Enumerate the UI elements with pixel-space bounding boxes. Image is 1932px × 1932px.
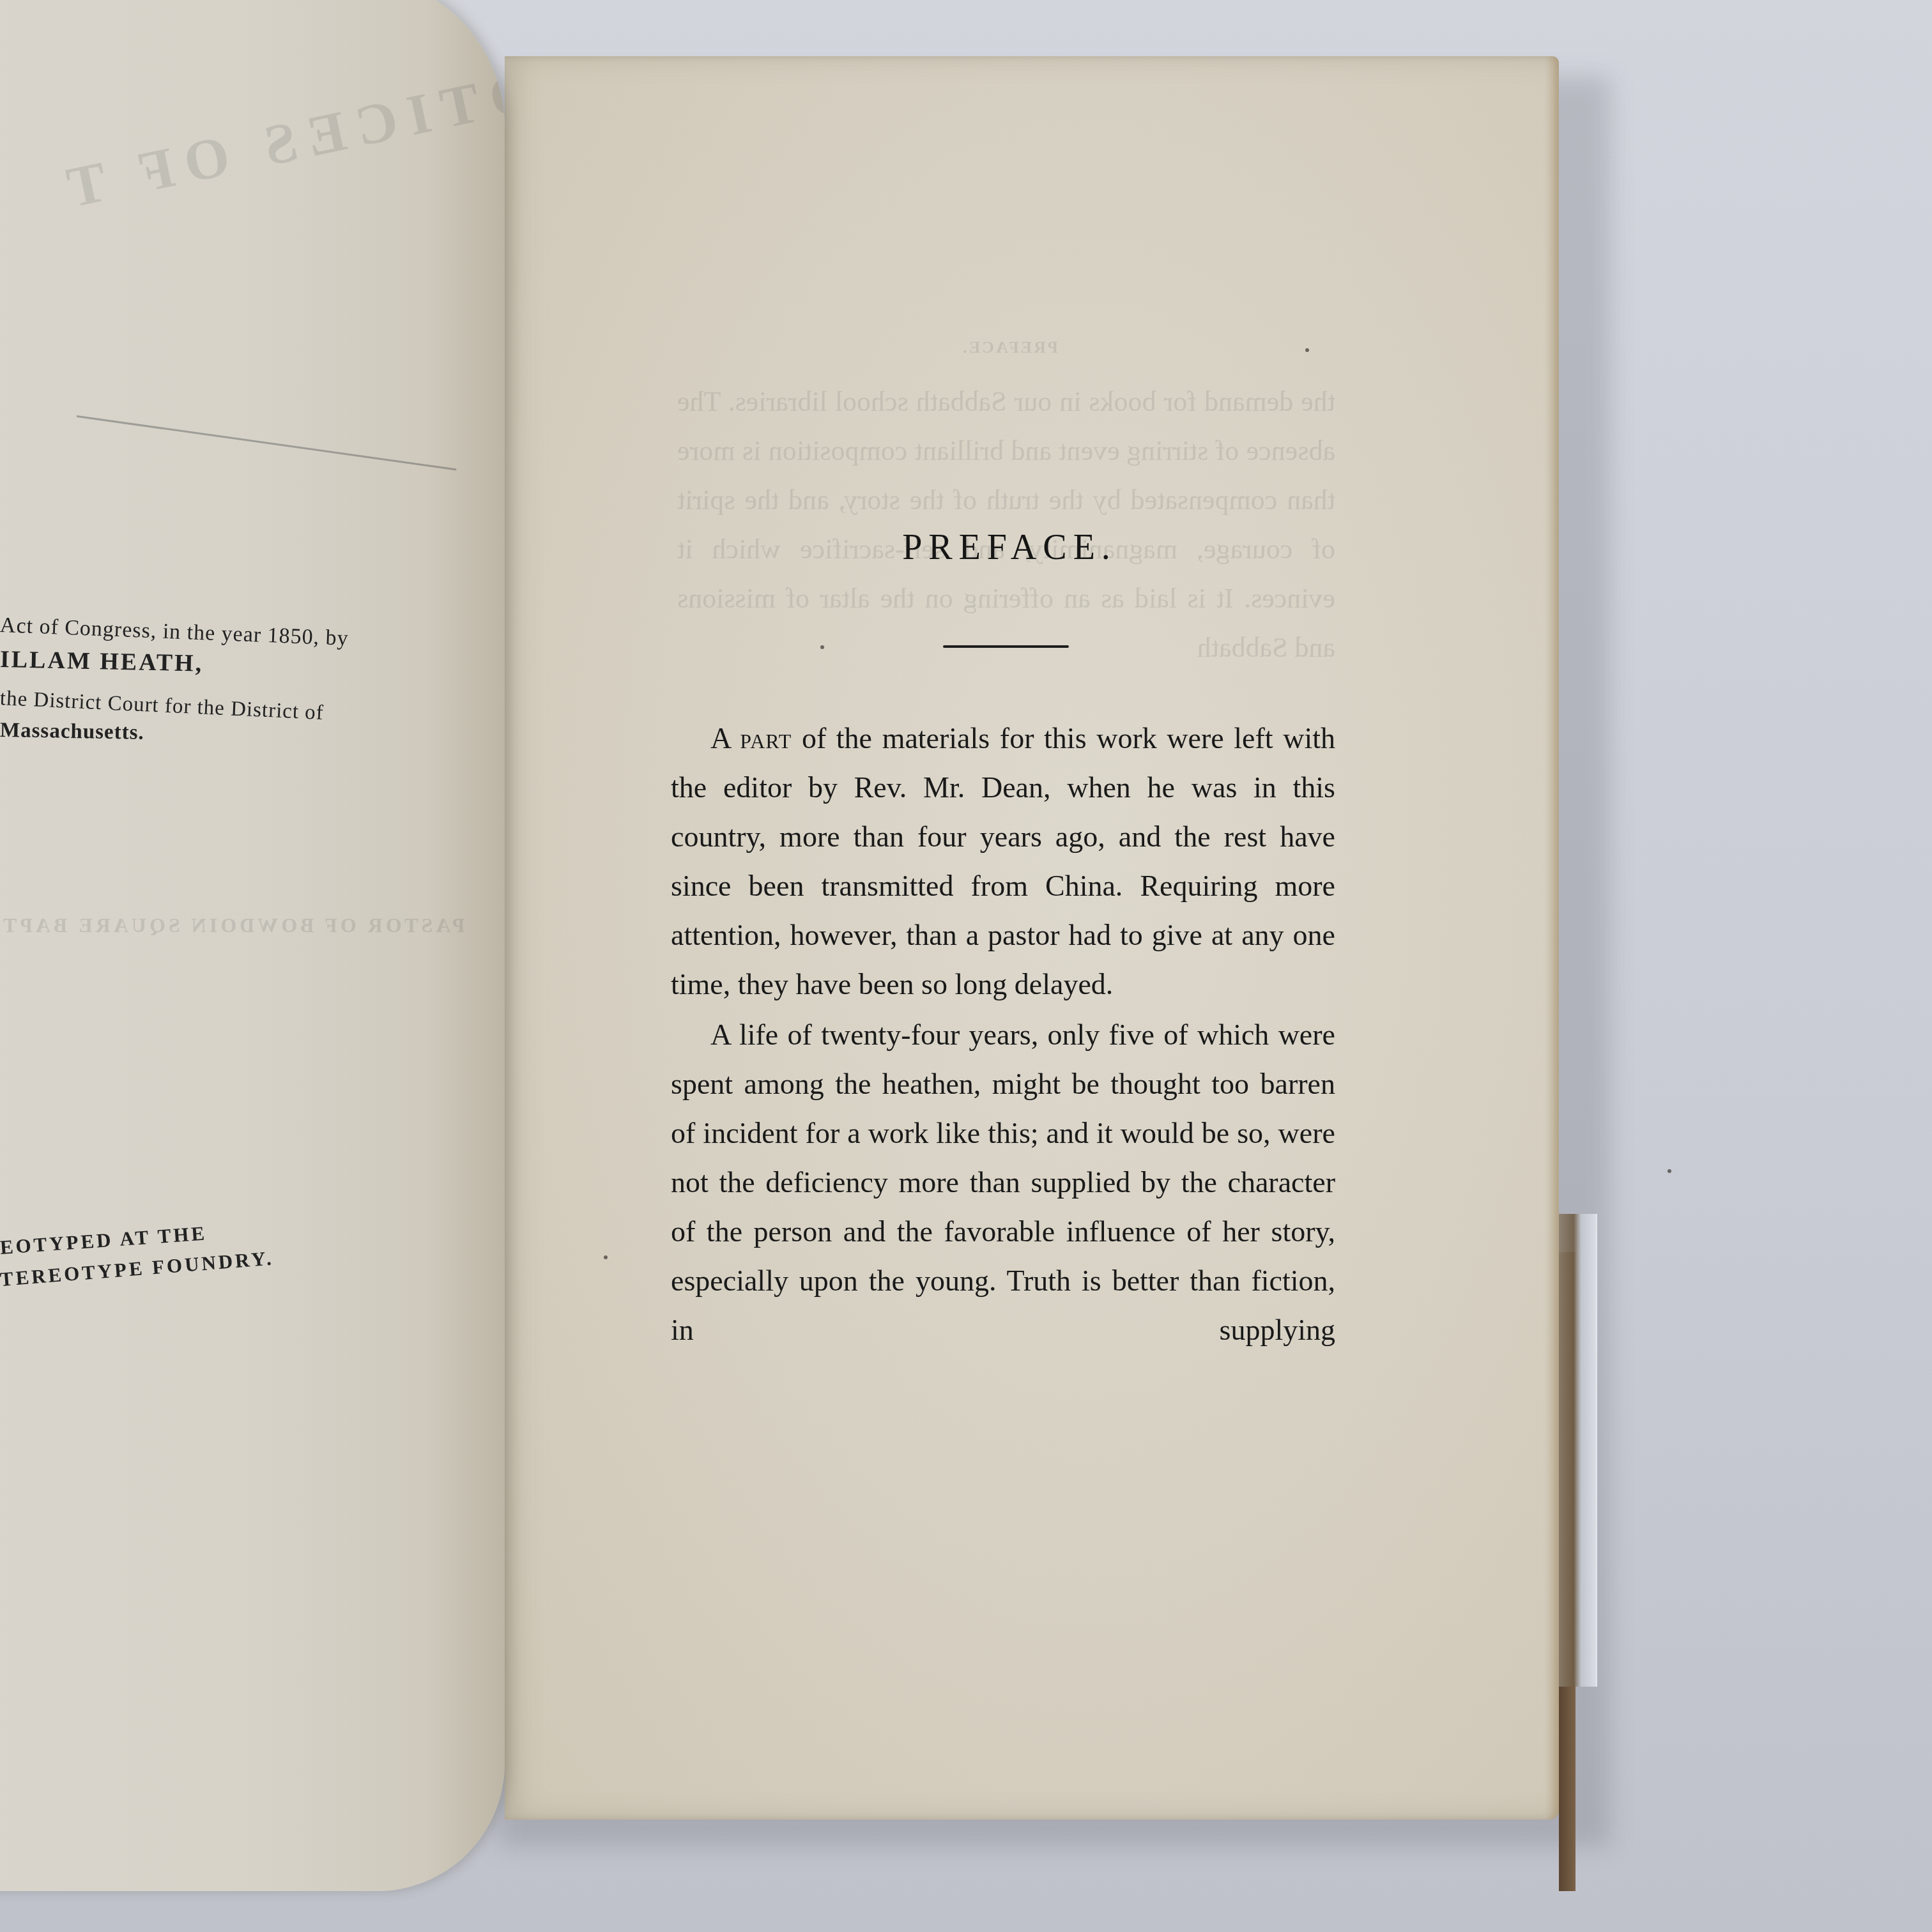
show-through-title: NOTICES OF T — [50, 47, 505, 224]
paragraph-1-text: of the materials for this work were left… — [671, 722, 1335, 1000]
paragraph-1: A part of the materials for this work we… — [671, 714, 1335, 1009]
protective-cover-strip — [1559, 1214, 1597, 1687]
book-photo: PREFACE. the demand for books in our Sab… — [0, 0, 1932, 1932]
show-through-running-head: PREFACE. — [939, 323, 1080, 372]
show-through-text: the demand for books in our Sabbath scho… — [677, 377, 1335, 672]
heading-rule — [943, 645, 1069, 648]
paper-speck — [1667, 1169, 1671, 1173]
page-crease — [77, 415, 457, 470]
paper-speck — [820, 645, 824, 649]
lead-smallcaps: part — [740, 722, 792, 755]
paragraph-2: A life of twenty-four years, only five o… — [671, 1010, 1335, 1354]
page-title: PREFACE. — [882, 527, 1137, 568]
copyright-line-2: ILLAM HEATH, — [0, 645, 204, 678]
left-page: NOTICES OF T PASTOR OF BOWDOIN SQUARE BA… — [0, 0, 505, 1891]
paper-speck — [604, 1255, 608, 1259]
copyright-line-1: Act of Congress, in the year 1850, by — [0, 613, 349, 651]
lead-letter: A — [710, 722, 730, 755]
paragraph-2-text: A life of twenty-four years, only five o… — [671, 1018, 1335, 1346]
preface-body: A part of the materials for this work we… — [671, 714, 1335, 1354]
copyright-line-4: Massachusetts. — [0, 719, 144, 745]
show-through-line: PASTOR OF BOWDOIN SQUARE BAPT — [0, 914, 465, 937]
paper-speck — [1305, 348, 1309, 352]
